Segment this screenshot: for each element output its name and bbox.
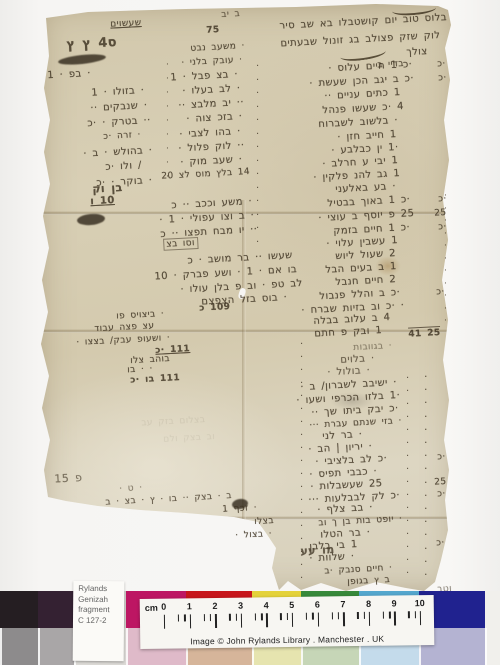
manuscript-line: 2 שעול ליוש: [335, 248, 396, 262]
manuscript-line: ·· יב מלבצ ··: [178, 97, 244, 111]
manuscript-line: ·כ 1 חיים בזמק: [333, 222, 410, 237]
ruler-tick: [364, 612, 365, 619]
manuscript-line: · ט ·: [119, 483, 143, 494]
ruler-number: 10: [415, 598, 425, 608]
manuscript-line: · יופט בות בן ך וב: [318, 514, 402, 528]
ruler-tick: [292, 613, 294, 627]
ruler-number: 3: [238, 601, 243, 611]
ruler-tick: [343, 612, 345, 626]
manuscript-line: · בגוובות: [353, 341, 392, 353]
handwriting-layer: בלוס טוב יום קושטבלו בא שב סירלוק שזק פצ…: [0, 0, 500, 665]
manuscript-line: 25: [434, 477, 447, 488]
ruler-tick: [420, 611, 422, 625]
manuscript-line: ·· לוק פלול ·: [178, 140, 245, 154]
manuscript-line: · בצ פבל · 1: [170, 69, 238, 84]
archive-label-line: Rylands: [78, 584, 124, 595]
archive-label-line: Genizah: [78, 594, 124, 605]
manuscript-line: 2 חיים חנבל: [335, 274, 396, 288]
manuscript-line: · לב בעלו ·: [182, 83, 241, 97]
ruler-tick: [332, 612, 333, 619]
ink-dot-column: · · · · · · · · · · · · · · · · · · ·: [300, 338, 303, 585]
manuscript-line: · עובק בלני ·: [181, 55, 243, 68]
copyright-notice: Image © John Rylands Library . Mancheste…: [140, 633, 434, 647]
ruler-number: 0: [161, 602, 166, 612]
manuscript-line: · ב וצו עפולי · 1 ·: [159, 210, 254, 226]
manuscript-line: · ביצויס פו: [116, 309, 164, 321]
ruler-tick: [287, 613, 288, 620]
ruler-number: 8: [366, 599, 371, 609]
manuscript-line: · משע וככב ·· כ: [171, 196, 252, 211]
manuscript-line: 1 כתים עניים ··: [324, 87, 401, 102]
ink-dot-column: · · · · · · · · · · ·: [444, 190, 447, 328]
digitized-manuscript-photo: בלוס טוב יום קושטבלו בא שב סירלוק שזק פצ…: [0, 0, 500, 665]
ruler-tick: [312, 613, 313, 620]
manuscript-line: מו עע: [300, 543, 335, 558]
ruler-tick: [383, 612, 384, 619]
ink-dot-column: · · · · · · · · · · · · · · · ·: [424, 370, 428, 581]
archive-label: Rylands Genizah fragment C 127-2: [73, 581, 125, 661]
manuscript-line: פ 15: [54, 471, 83, 485]
manuscript-line: וסו בצ: [163, 237, 198, 251]
ruler-tick: [210, 614, 211, 621]
ruler-tick: [306, 613, 307, 620]
manuscript-line: 109 כ: [199, 302, 231, 314]
swatch-white: [485, 628, 500, 665]
manuscript-line: · בהולש · ב ·: [83, 145, 153, 160]
manuscript-line: · בר הטלו: [320, 527, 371, 541]
ruler-tick-row: [164, 611, 422, 632]
ruler-number: 2: [212, 601, 217, 611]
ruler-tick: [317, 613, 319, 627]
swatch-gray-dark: [0, 628, 38, 665]
manuscript-line: 1 ובק פ חתם: [314, 325, 382, 340]
manuscript-line: · זכף 1: [222, 503, 257, 515]
manuscript-line: ·1 ין כבלבע ·: [331, 142, 399, 157]
ruler-tick: [241, 614, 243, 628]
manuscript-line: ·כ 1 חיים עלוס ·: [328, 59, 412, 74]
manuscript-line: · בע באלעני: [335, 181, 396, 195]
manuscript-line: ·כ: [436, 538, 445, 548]
manuscript-line: ·· בטרק · ·כ: [87, 115, 151, 129]
scale-ruler: cm 012345678910 Image © John Rylands Lib…: [140, 595, 435, 649]
manuscript-line: · זרה ·כ: [103, 130, 141, 142]
manuscript-line: 25 41: [408, 326, 441, 340]
manuscript-line: · בזכ צוה ·: [186, 111, 243, 125]
manuscript-line: · בהו לצבי ·: [179, 126, 241, 140]
manuscript-line: · בפ · 1: [47, 68, 91, 81]
ruler-tick: [236, 614, 237, 621]
manuscript-line: ·כ: [437, 452, 446, 462]
ruler-tick: [357, 612, 358, 619]
ruler-tick: [389, 612, 390, 619]
ink-dot-column: · · · · · · · · ·: [166, 58, 169, 184]
manuscript-line: צולך: [406, 46, 428, 58]
ruler-tick: [178, 615, 179, 622]
manuscript-line: / ולו ·כ: [106, 160, 143, 173]
ruler-tick: [261, 613, 262, 620]
ink-dot-column: · · · · · · · · · · · · · · · ·: [406, 372, 409, 580]
ruler-tick: [394, 611, 396, 625]
manuscript-line: שעשוים: [110, 18, 142, 30]
manuscript-line: 111 בו ·כ: [130, 373, 180, 386]
manuscript-line: וב בצק ולם: [163, 432, 215, 445]
manuscript-line: ס4 ץ ץ: [67, 35, 118, 53]
ruler-tick: [408, 611, 409, 618]
ruler-tick: [338, 612, 339, 619]
swatch-black: [0, 591, 38, 628]
manuscript-line: 10 ו: [90, 195, 115, 207]
ruler-tick: [204, 614, 205, 621]
swatch-gray: [38, 628, 74, 665]
manuscript-line: ·כ: [438, 73, 447, 83]
manuscript-line: 4 ·כ שעשו פנהל: [323, 101, 405, 116]
manuscript-line: · בלוים: [340, 353, 375, 366]
ruler-tick: [369, 612, 371, 626]
manuscript-line: 75: [206, 25, 220, 36]
manuscript-line: ·כ: [437, 489, 446, 499]
manuscript-line: · יריון | הב ·: [308, 441, 372, 455]
manuscript-line: בצלו: [254, 516, 274, 527]
manuscript-line: · בלשוב לשברוח: [318, 115, 398, 130]
manuscript-line: בלוס טוב יום קושטבלו בא שב סיר: [280, 12, 448, 32]
ruler-tick: [415, 611, 416, 618]
manuscript-line: · בב צלף ·: [317, 502, 373, 516]
ruler-unit-label: cm: [145, 603, 158, 613]
manuscript-line: ·כ: [437, 59, 446, 69]
ruler-number: 6: [315, 600, 320, 610]
manuscript-line: · בצול ·: [235, 529, 272, 541]
ruler-tick: [280, 613, 281, 620]
manuscript-line: · בזולו · 1: [91, 85, 145, 99]
swatch-plum-black: [38, 591, 74, 628]
ruler-tick: [215, 614, 217, 628]
ruler-tick: [229, 614, 230, 621]
ruler-number: 4: [264, 600, 269, 610]
manuscript-line: עצ פצה עבוד: [94, 321, 155, 334]
ruler-tick: [184, 614, 185, 621]
ruler-tick: [266, 613, 268, 627]
manuscript-line: · משעב נבט: [191, 41, 246, 54]
swatch-white: [485, 591, 500, 628]
manuscript-line: 1 חייב חזן ·: [337, 129, 397, 143]
manuscript-line: ב יב: [221, 9, 240, 20]
manuscript-line: 14 בלץ מוס לצ 20: [161, 167, 250, 182]
ruler-tick: [164, 615, 166, 629]
ruler-tick: [189, 614, 191, 628]
manuscript-line: בן וק: [92, 181, 123, 196]
ruler-number: 5: [289, 600, 294, 610]
manuscript-line: · בר לני: [322, 429, 363, 442]
ruler-number: 1: [187, 601, 192, 611]
ink-dot-column: · · · · · · · · · · · · · ·: [256, 60, 259, 249]
manuscript-line: · שעב מוק ·: [180, 154, 243, 168]
ruler-number: 9: [392, 598, 397, 608]
manuscript-line: ב ץ בגופן: [347, 575, 390, 587]
ruler-tick: [255, 613, 256, 620]
shelfmark: C 127-2: [78, 615, 124, 626]
archive-label-line: fragment: [78, 605, 124, 616]
manuscript-line: · בולול ·: [327, 365, 370, 378]
manuscript-line: · שנבקים ··: [90, 100, 148, 114]
ruler-number: 7: [340, 599, 345, 609]
manuscript-line: בצלום בזק עב: [141, 415, 206, 428]
manuscript-line: ·כ 1 באוך בבטיל: [327, 194, 410, 209]
